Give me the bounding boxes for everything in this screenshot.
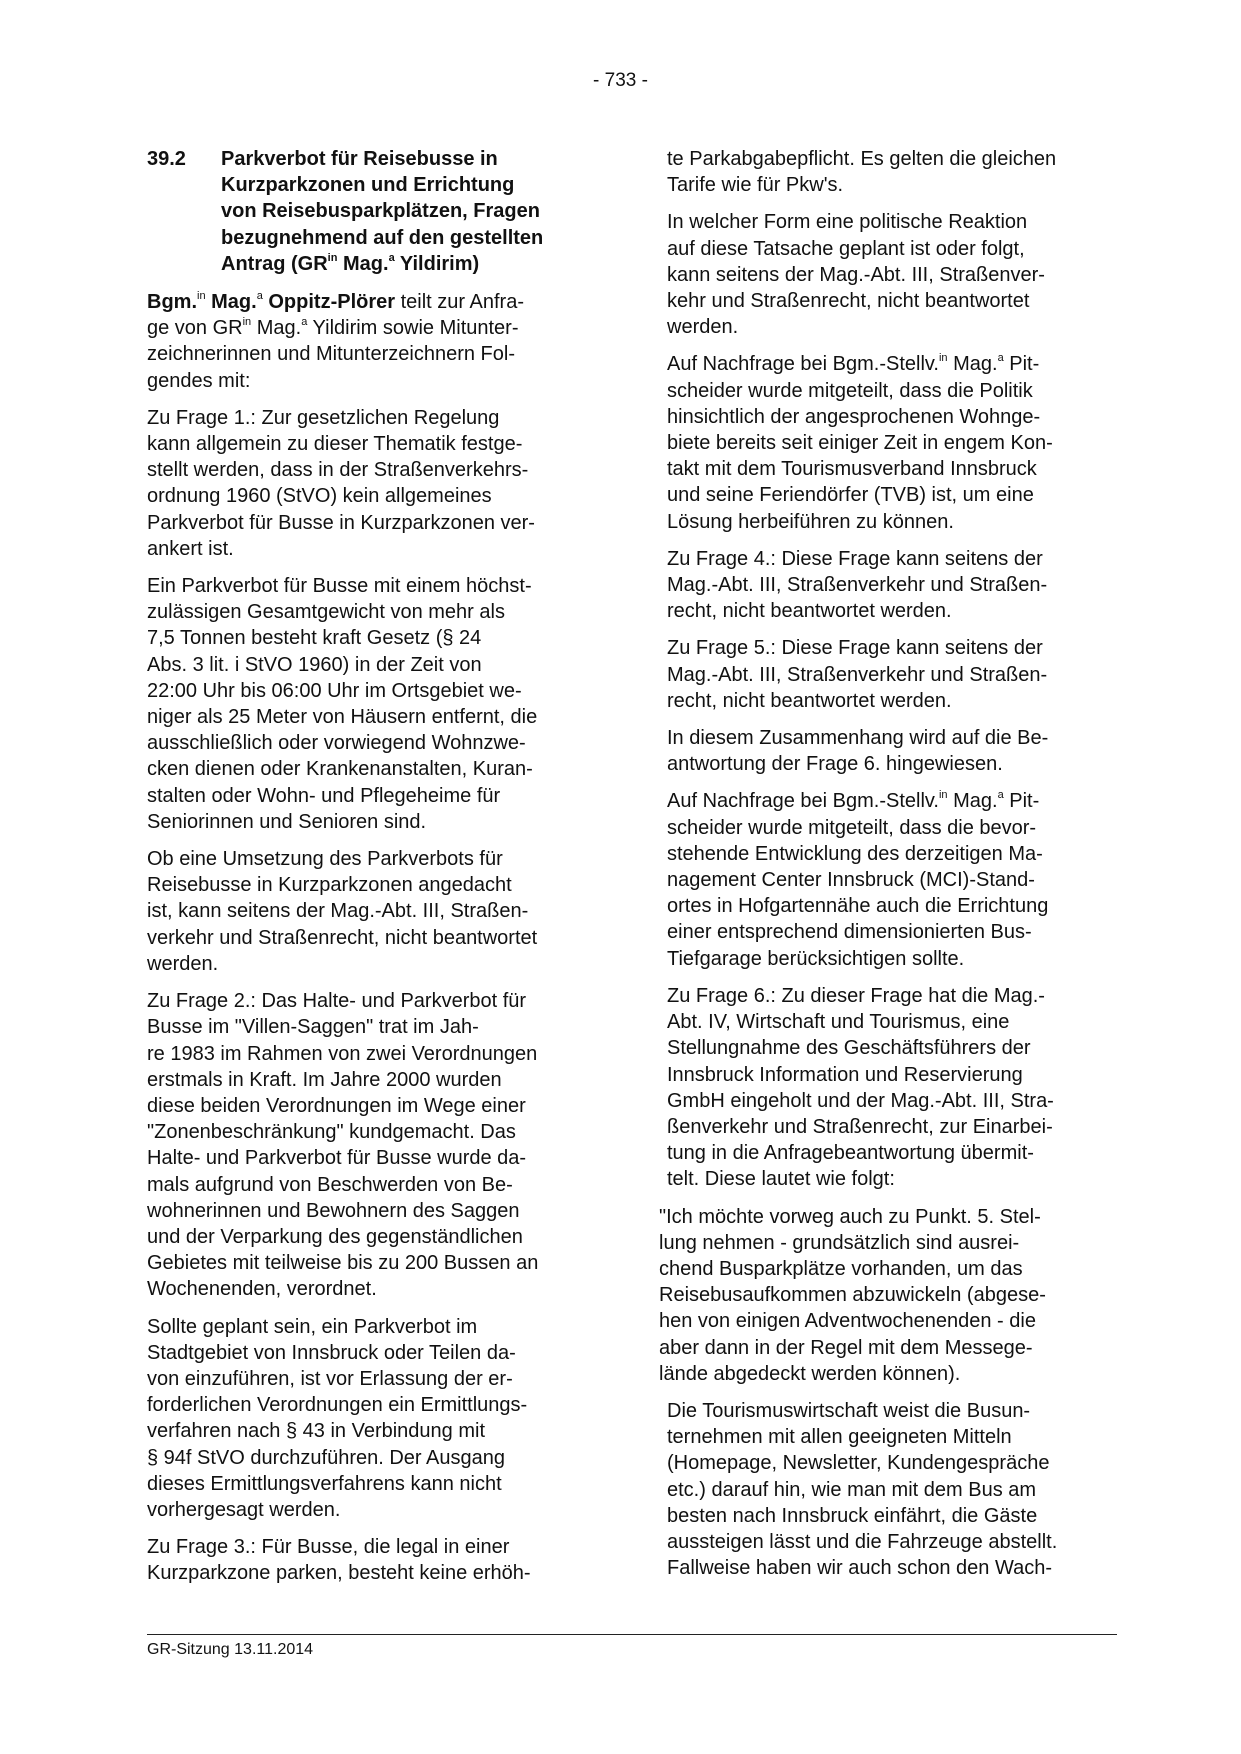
quote-paragraph: "Ich möchte vorweg auch zu Punkt. 5. Ste… [659, 1204, 1117, 1387]
text-line: Abt. IV, Wirtschaft und Tourismus, eine [667, 1009, 1117, 1035]
text-line: von einzuführen, ist vor Erlassung der e… [147, 1366, 597, 1392]
text-line: antwortung der Frage 6. hingewiesen. [667, 751, 1117, 777]
footer-divider [147, 1634, 1117, 1635]
text-line: scheider wurde mitgeteilt, dass die bevo… [667, 815, 1117, 841]
speaker-name: Oppitz-Plörer [263, 291, 395, 313]
text-line: Busse im "Villen-Saggen" trat im Jah- [147, 1014, 597, 1040]
text-line: 22:00 Uhr bis 06:00 Uhr im Ortsgebiet we… [147, 678, 597, 704]
text-line: Fallweise haben wir auch schon den Wach- [667, 1555, 1117, 1581]
text-line: Zu Frage 3.: Für Busse, die legal in ein… [147, 1534, 597, 1560]
text-line: ist, kann seitens der Mag.-Abt. III, Str… [147, 898, 597, 924]
speaker-name: Bgm. [147, 291, 197, 313]
paragraph: Zu Frage 6.: Zu dieser Frage hat die Mag… [667, 983, 1117, 1193]
text-line: Sollte geplant sein, ein Parkverbot im [147, 1314, 597, 1340]
superscript: in [939, 352, 948, 364]
text-line: aussteigen lässt und die Fahrzeuge abste… [667, 1529, 1117, 1555]
paragraph-lines: scheider wurde mitgeteilt, dass die bevo… [667, 815, 1117, 972]
text-line: Halte- und Parkverbot für Busse wurde da… [147, 1145, 597, 1171]
text-line: aber dann in der Regel mit dem Messege- [659, 1335, 1117, 1361]
text-line: verfahren nach § 43 in Verbindung mit [147, 1418, 597, 1444]
text-line: (Homepage, Newsletter, Kundengespräche [667, 1450, 1117, 1476]
text-line: stalten oder Wohn- und Pflegeheime für [147, 783, 597, 809]
paragraph: Zu Frage 2.: Das Halte- und Parkverbot f… [147, 988, 597, 1302]
text: teilt zur Anfra- [395, 291, 524, 313]
text-line: zeichnerinnen und Mitunterzeichnern Fol- [147, 341, 597, 367]
paragraph: Zu Frage 1.: Zur gesetzlichen Regelungka… [147, 405, 597, 562]
text-line: stellt werden, dass in der Straßenverkeh… [147, 457, 597, 483]
text-line: In diesem Zusammenhang wird auf die Be- [667, 725, 1117, 751]
text: Mag. [948, 353, 998, 375]
text-line: scheider wurde mitgeteilt, dass die Poli… [667, 378, 1117, 404]
text: Auf Nachfrage bei Bgm.-Stellv. [667, 790, 939, 812]
text-line: "Ich möchte vorweg auch zu Punkt. 5. Ste… [659, 1204, 1117, 1230]
text-line: Lösung herbeiführen zu können. [667, 509, 1117, 535]
paragraph: Zu Frage 4.: Diese Frage kann seitens de… [667, 546, 1117, 625]
text-line: recht, nicht beantwortet werden. [667, 598, 1117, 624]
text-line: ankert ist. [147, 536, 597, 562]
section-heading: 39.2 Parkverbot für Reisebusse in Kurzpa… [147, 146, 597, 277]
text-line: tung in die Anfragebeantwortung übermit- [667, 1140, 1117, 1166]
text-line: chend Busparkplätze vorhanden, um das [659, 1256, 1117, 1282]
text-line: werden. [147, 951, 597, 977]
text-line: re 1983 im Rahmen von zwei Verordnungen [147, 1041, 597, 1067]
text-line: Zu Frage 4.: Diese Frage kann seitens de… [667, 546, 1117, 572]
text-line: telt. Diese lautet wie folgt: [667, 1166, 1117, 1192]
text-line: Innsbruck Information und Reservierung [667, 1062, 1117, 1088]
text-line: Seniorinnen und Senioren sind. [147, 809, 597, 835]
right-column: te Parkabgabepflicht. Es gelten die glei… [667, 146, 1117, 1592]
text-line: ortes in Hofgartennähe auch die Errichtu… [667, 893, 1117, 919]
text-line: Zu Frage 6.: Zu dieser Frage hat die Mag… [667, 983, 1117, 1009]
text-line: Tiefgarage berücksichtigen sollte. [667, 946, 1117, 972]
text-line: zulässigen Gesamtgewicht von mehr als [147, 599, 597, 625]
text-line: wohnerinnen und Bewohnern des Saggen [147, 1198, 597, 1224]
text-line: Stellungnahme des Geschäftsführers der [667, 1035, 1117, 1061]
text-line: Mag.-Abt. III, Straßenverkehr und Straße… [667, 662, 1117, 688]
text-line: gendes mit: [147, 368, 597, 394]
paragraph: Zu Frage 3.: Für Busse, die legal in ein… [147, 1534, 597, 1586]
paragraph: Zu Frage 5.: Diese Frage kann seitens de… [667, 635, 1117, 714]
text-line: erstmals in Kraft. Im Jahre 2000 wurden [147, 1067, 597, 1093]
text-line: lung nehmen - grundsätzlich sind ausrei- [659, 1230, 1117, 1256]
text-line: te Parkabgabepflicht. Es gelten die glei… [667, 146, 1117, 172]
left-column: 39.2 Parkverbot für Reisebusse in Kurzpa… [147, 146, 597, 1598]
text-line: Zu Frage 5.: Diese Frage kann seitens de… [667, 635, 1117, 661]
text-line: besten nach Innsbruck einfährt, die Gäst… [667, 1503, 1117, 1529]
text-line: Reisebusaufkommen abzuwickeln (abgese- [659, 1282, 1117, 1308]
paragraph: In diesem Zusammenhang wird auf die Be-a… [667, 725, 1117, 777]
text-line: stehende Entwicklung des derzeitigen Ma- [667, 841, 1117, 867]
heading-line: bezugnehmend auf den gestellten [221, 225, 597, 251]
text-line: ordnung 1960 (StVO) kein allgemeines [147, 483, 597, 509]
intro-paragraph: Bgm.in Mag.a Oppitz-Plörer teilt zur Anf… [147, 289, 597, 394]
text-line: Ein Parkverbot für Busse mit einem höchs… [147, 573, 597, 599]
text-line: einer entsprechend dimensionierten Bus- [667, 919, 1117, 945]
text: Auf Nachfrage bei Bgm.-Stellv. [667, 353, 939, 375]
superscript: in [197, 290, 206, 302]
heading-line: von Reisebusparkplätzen, Fragen [221, 198, 597, 224]
heading-line: Antrag (GRin Mag.a Yildirim) [221, 251, 597, 277]
text-line: und seine Feriendörfer (TVB) ist, um ein… [667, 482, 1117, 508]
text-line: ge von GRin Mag.a Yildirim sowie Mitunte… [147, 315, 597, 341]
text-line: Auf Nachfrage bei Bgm.-Stellv.in Mag.a P… [667, 788, 1117, 814]
text-line: vorhergesagt werden. [147, 1497, 597, 1523]
text-line: "Zonenbeschränkung" kundgemacht. Das [147, 1119, 597, 1145]
text-line: verkehr und Straßenrecht, nicht beantwor… [147, 925, 597, 951]
text-line: mals aufgrund von Beschwerden von Be- [147, 1172, 597, 1198]
text-line: kann allgemein zu dieser Thematik festge… [147, 431, 597, 457]
text-line: cken dienen oder Krankenanstalten, Kuran… [147, 756, 597, 782]
text-line: Mag.-Abt. III, Straßenverkehr und Straße… [667, 572, 1117, 598]
text-line: ternehmen mit allen geeigneten Mitteln [667, 1424, 1117, 1450]
text-line: biete bereits seit einiger Zeit in engem… [667, 430, 1117, 456]
paragraph: Ein Parkverbot für Busse mit einem höchs… [147, 573, 597, 835]
text-line: 7,5 Tonnen besteht kraft Gesetz (§ 24 [147, 625, 597, 651]
text-line: lände abgedeckt werden können). [659, 1361, 1117, 1387]
section-number: 39.2 [147, 146, 186, 172]
text-line: niger als 25 Meter von Häusern entfernt,… [147, 704, 597, 730]
text: Mag. [948, 790, 998, 812]
text-line: Kurzparkzone parken, besteht keine erhöh… [147, 1560, 597, 1586]
text-line: dieses Ermittlungsverfahrens kann nicht [147, 1471, 597, 1497]
text-line: hinsichtlich der angesprochenen Wohnge- [667, 404, 1117, 430]
heading-text: Mag. [337, 253, 388, 275]
text: ge von GR [147, 317, 243, 339]
text-line: Stadtgebiet von Innsbruck oder Teilen da… [147, 1340, 597, 1366]
text-line: Abs. 3 lit. i StVO 1960) in der Zeit von [147, 652, 597, 678]
text-line: ßenverkehr und Straßenrecht, zur Einarbe… [667, 1114, 1117, 1140]
text-line: kehr und Straßenrecht, nicht beantwortet [667, 288, 1117, 314]
superscript: in [328, 252, 338, 264]
text-line: Reisebusse in Kurzparkzonen angedacht [147, 872, 597, 898]
paragraph-lines: scheider wurde mitgeteilt, dass die Poli… [667, 378, 1117, 535]
heading-text: Yildirim) [395, 253, 479, 275]
paragraph: In welcher Form eine politische Reaktion… [667, 209, 1117, 340]
heading-text: Antrag (GR [221, 253, 328, 275]
text-line: Bgm.in Mag.a Oppitz-Plörer teilt zur Anf… [147, 289, 597, 315]
text-line: kann seitens der Mag.-Abt. III, Straßenv… [667, 262, 1117, 288]
superscript: in [939, 789, 948, 801]
footer-text: GR-Sitzung 13.11.2014 [147, 1641, 313, 1659]
text-line: werden. [667, 314, 1117, 340]
text-line: Wochenenden, verordnet. [147, 1276, 597, 1302]
text-line: § 94f StVO durchzuführen. Der Ausgang [147, 1445, 597, 1471]
speaker-name: Mag. [206, 291, 257, 313]
superscript: in [243, 316, 252, 328]
text-line: und der Verparkung des gegenständlichen [147, 1224, 597, 1250]
text: Mag. [251, 317, 301, 339]
text-line: nagement Center Innsbruck (MCI)-Stand- [667, 867, 1117, 893]
text: Yildirim sowie Mitunter- [307, 317, 518, 339]
text-line: GmbH eingeholt und der Mag.-Abt. III, St… [667, 1088, 1117, 1114]
text-line: Auf Nachfrage bei Bgm.-Stellv.in Mag.a P… [667, 351, 1117, 377]
text-line: takt mit dem Tourismusverband Innsbruck [667, 456, 1117, 482]
text: Pit- [1004, 790, 1040, 812]
page-number: - 733 - [0, 70, 1241, 92]
text-line: forderlichen Verordnungen ein Ermittlung… [147, 1392, 597, 1418]
text-line: Zu Frage 2.: Das Halte- und Parkverbot f… [147, 988, 597, 1014]
paragraph: Auf Nachfrage bei Bgm.-Stellv.in Mag.a P… [667, 351, 1117, 534]
text-line: hen von einigen Adventwochenenden - die [659, 1308, 1117, 1334]
text-line: Ob eine Umsetzung des Parkverbots für [147, 846, 597, 872]
text-line: Tarife wie für Pkw's. [667, 172, 1117, 198]
paragraph: te Parkabgabepflicht. Es gelten die glei… [667, 146, 1117, 198]
text-line: etc.) darauf hin, wie man mit dem Bus am [667, 1477, 1117, 1503]
paragraph: Sollte geplant sein, ein Parkverbot imSt… [147, 1314, 597, 1524]
text-line: ausschließlich oder vorwiegend Wohnzwe- [147, 730, 597, 756]
text-line: In welcher Form eine politische Reaktion [667, 209, 1117, 235]
text-line: recht, nicht beantwortet werden. [667, 688, 1117, 714]
paragraph: Auf Nachfrage bei Bgm.-Stellv.in Mag.a P… [667, 788, 1117, 971]
paragraph: Ob eine Umsetzung des Parkverbots fürRei… [147, 846, 597, 977]
left-paragraphs: Zu Frage 1.: Zur gesetzlichen Regelungka… [147, 405, 597, 1587]
text-line: Gebietes mit teilweise bis zu 200 Bussen… [147, 1250, 597, 1276]
text-line: Parkverbot für Busse in Kurzparkzonen ve… [147, 510, 597, 536]
text-line: diese beiden Verordnungen im Wege einer [147, 1093, 597, 1119]
heading-line: Kurzparkzonen und Errichtung [221, 172, 597, 198]
text: Pit- [1004, 353, 1040, 375]
section-title: Parkverbot für Reisebusse in Kurzparkzon… [221, 146, 597, 277]
text-line: auf diese Tatsache geplant ist oder folg… [667, 236, 1117, 262]
text-line: Zu Frage 1.: Zur gesetzlichen Regelung [147, 405, 597, 431]
text-line: Die Tourismuswirtschaft weist die Busun- [667, 1398, 1117, 1424]
heading-line: Parkverbot für Reisebusse in [221, 146, 597, 172]
paragraph: Die Tourismuswirtschaft weist die Busun-… [667, 1398, 1117, 1581]
